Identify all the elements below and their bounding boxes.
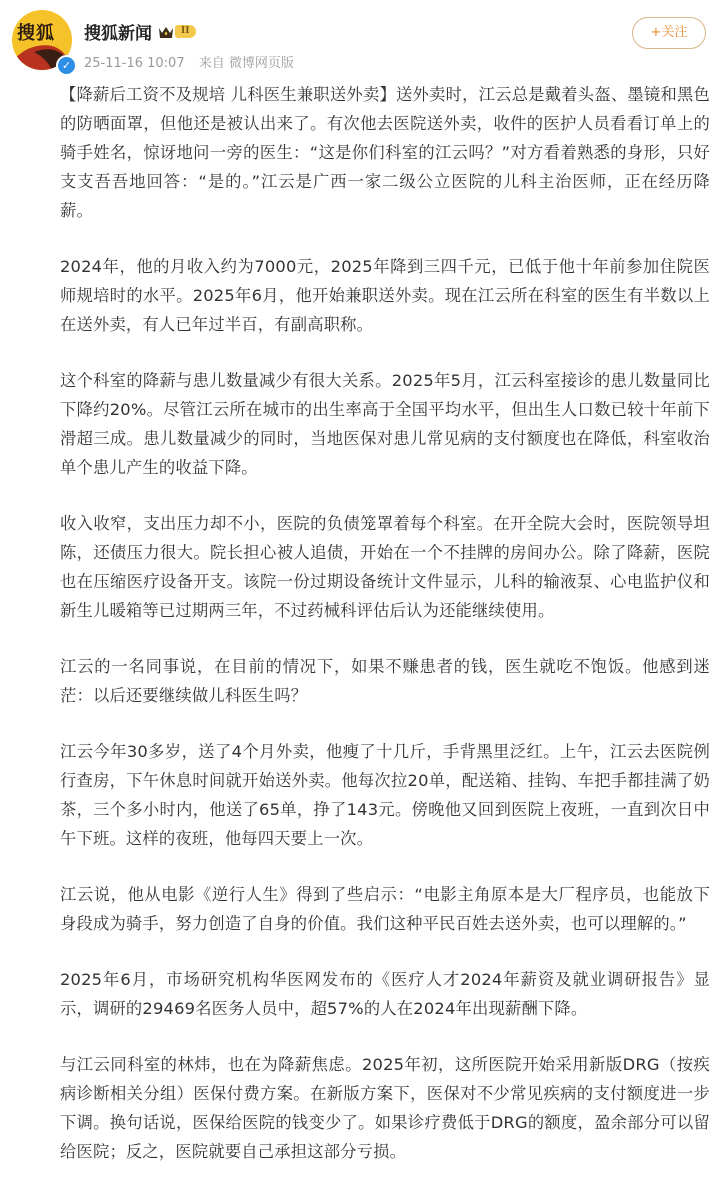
post-source: 来自 微博网页版 xyxy=(199,56,294,71)
level-badge: II xyxy=(175,25,196,38)
post-paragraph: 【降薪后工资不及规培 儿科医生兼职送外卖】送外卖时，江云总是戴着头盔、墨镜和黑色… xyxy=(60,80,710,225)
follow-button[interactable]: +关注 xyxy=(632,17,706,49)
member-badge[interactable]: II xyxy=(158,25,196,39)
timestamp[interactable]: 25-11-16 10:07 xyxy=(84,56,185,71)
post-paragraph: 这个科室的降薪与患儿数量减少有很大关系。2025年5月，江云科室接诊的患儿数量同… xyxy=(60,366,710,482)
post-paragraph: 江云今年30多岁，送了4个月外卖，他瘦了十几斤，手背黑里泛红。上午，江云去医院例… xyxy=(60,737,710,853)
post-body: 【降薪后工资不及规培 儿科医生兼职送外卖】送外卖时，江云总是戴着头盔、墨镜和黑色… xyxy=(60,80,710,1193)
post-header: 搜狐 ✓ 搜狐新闻 II 25-11-16 10:07 来自 微博网页版 +关注 xyxy=(0,0,726,75)
post-paragraph: 2024年，他的月收入约为7000元，2025年降到三四千元，已低于他十年前参加… xyxy=(60,252,710,339)
post-paragraph: 与江云同科室的林炜，也在为降薪焦虑。2025年初，这所医院开始采用新版DRG（按… xyxy=(60,1050,710,1166)
avatar-logo-text: 搜狐 xyxy=(17,19,55,45)
post-meta: 25-11-16 10:07 来自 微博网页版 xyxy=(84,52,304,71)
verified-icon: ✓ xyxy=(56,55,77,76)
post-paragraph: 江云说，他从电影《逆行人生》得到了些启示：“电影主角原本是大厂程序员，也能放下身… xyxy=(60,880,710,938)
account-name[interactable]: 搜狐新闻 xyxy=(84,19,152,44)
post-paragraph: 收入收窄，支出压力却不小，医院的负债笼罩着每个科室。在开全院大会时，医院领导坦陈… xyxy=(60,509,710,625)
post-paragraph: 2025年6月，市场研究机构华医网发布的《医疗人才2024年薪资及就业调研报告》… xyxy=(60,965,710,1023)
post-paragraph: 江云的一名同事说，在目前的情况下，如果不赚患者的钱，医生就吃不饱饭。他感到迷茫：… xyxy=(60,652,710,710)
crown-icon xyxy=(158,25,174,39)
